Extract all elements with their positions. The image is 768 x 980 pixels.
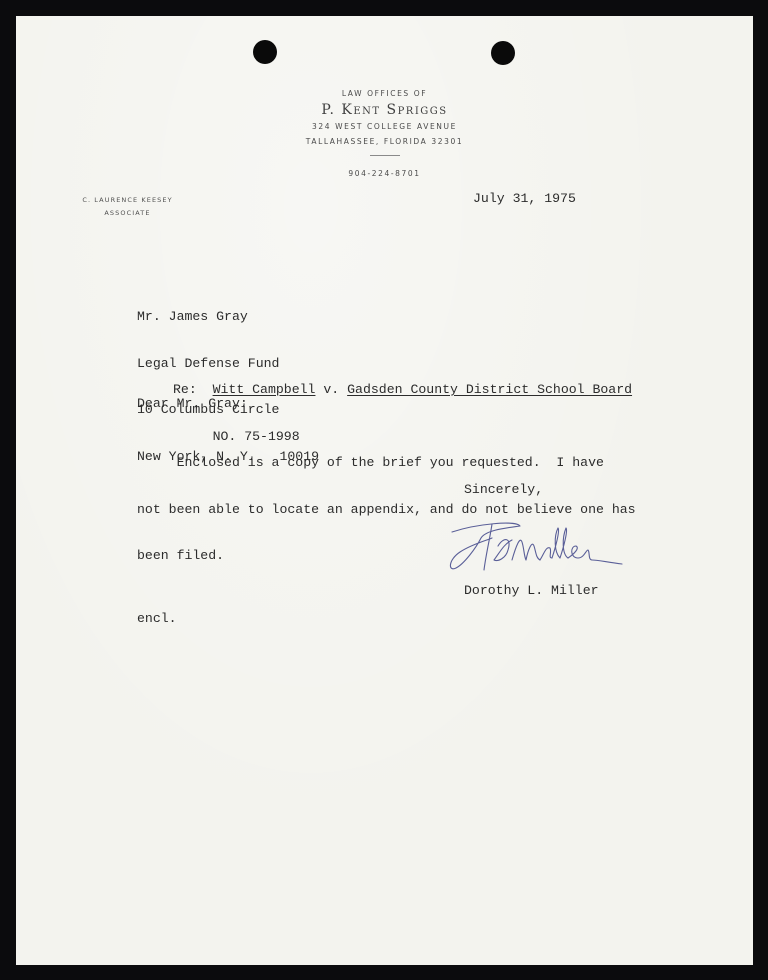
address-line: Mr. James Gray bbox=[137, 309, 319, 325]
body-line: not been able to locate an appendix, and… bbox=[137, 502, 636, 518]
hole-punch-icon bbox=[491, 41, 515, 65]
body-line: Enclosed is a copy of the brief you requ… bbox=[137, 455, 636, 471]
re-party1: Witt Campbell bbox=[213, 382, 316, 397]
associate-block: C. LAURENCE KEESEY ASSOCIATE bbox=[70, 194, 185, 220]
letterhead: LAW OFFICES OF P. Kent Spriggs 324 WEST … bbox=[16, 86, 753, 181]
enclosure-note: encl. bbox=[137, 611, 177, 627]
hole-punch-icon bbox=[253, 40, 277, 64]
re-party2: Gadsden County District School Board bbox=[347, 382, 632, 397]
letter-date: July 31, 1975 bbox=[473, 191, 576, 207]
firm-city: TALLAHASSEE, FLORIDA 32301 bbox=[16, 134, 753, 149]
salutation: Dear Mr. Gray: bbox=[137, 396, 248, 412]
firm-street: 324 WEST COLLEGE AVENUE bbox=[16, 119, 753, 134]
letter-page: LAW OFFICES OF P. Kent Spriggs 324 WEST … bbox=[16, 16, 753, 965]
re-label: Re: bbox=[173, 382, 197, 397]
re-versus: v. bbox=[323, 382, 339, 397]
letterhead-line1: LAW OFFICES OF bbox=[16, 86, 753, 101]
firm-phone: 904-224-8701 bbox=[16, 166, 753, 181]
associate-title: ASSOCIATE bbox=[70, 207, 185, 220]
firm-name: P. Kent Spriggs bbox=[16, 101, 753, 119]
signature-icon bbox=[446, 516, 626, 576]
associate-name: C. LAURENCE KEESEY bbox=[70, 194, 185, 207]
closing: Sincerely, bbox=[464, 482, 543, 498]
signer-name: Dorothy L. Miller bbox=[464, 583, 599, 599]
letterhead-divider bbox=[370, 155, 400, 156]
